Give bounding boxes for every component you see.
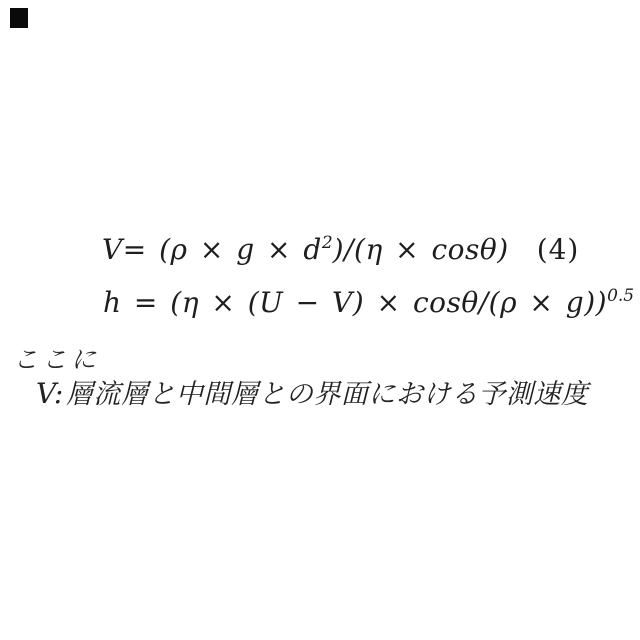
equation-4: V= (ρ × g × d2)/(η × cosθ)(4) (102, 233, 579, 266)
variable-symbol: V: (36, 377, 64, 410)
where-label: ここに (13, 340, 100, 376)
variable-description: 層流層と中間層との界面における予測速度 (66, 379, 589, 410)
equation-4-body: V= (ρ × g × d (102, 233, 322, 266)
variable-definition: V:層流層と中間層との界面における予測速度 (36, 372, 588, 411)
equation-5-body: h = (η × (U − V) × cosθ/(ρ × g)) (103, 286, 607, 319)
equation-4-exponent: 2 (322, 233, 333, 253)
equation-5: h = (η × (U − V) × cosθ/(ρ × g))0.5(5) (103, 286, 640, 319)
equation-4-number: (4) (537, 233, 580, 266)
document-page: V= (ρ × g × d2)/(η × cosθ)(4) h = (η × (… (0, 0, 640, 640)
corner-square-marker (10, 8, 28, 28)
equation-5-exponent: 0.5 (607, 286, 634, 306)
equation-4-body-post: )/(η × cosθ) (333, 233, 509, 266)
